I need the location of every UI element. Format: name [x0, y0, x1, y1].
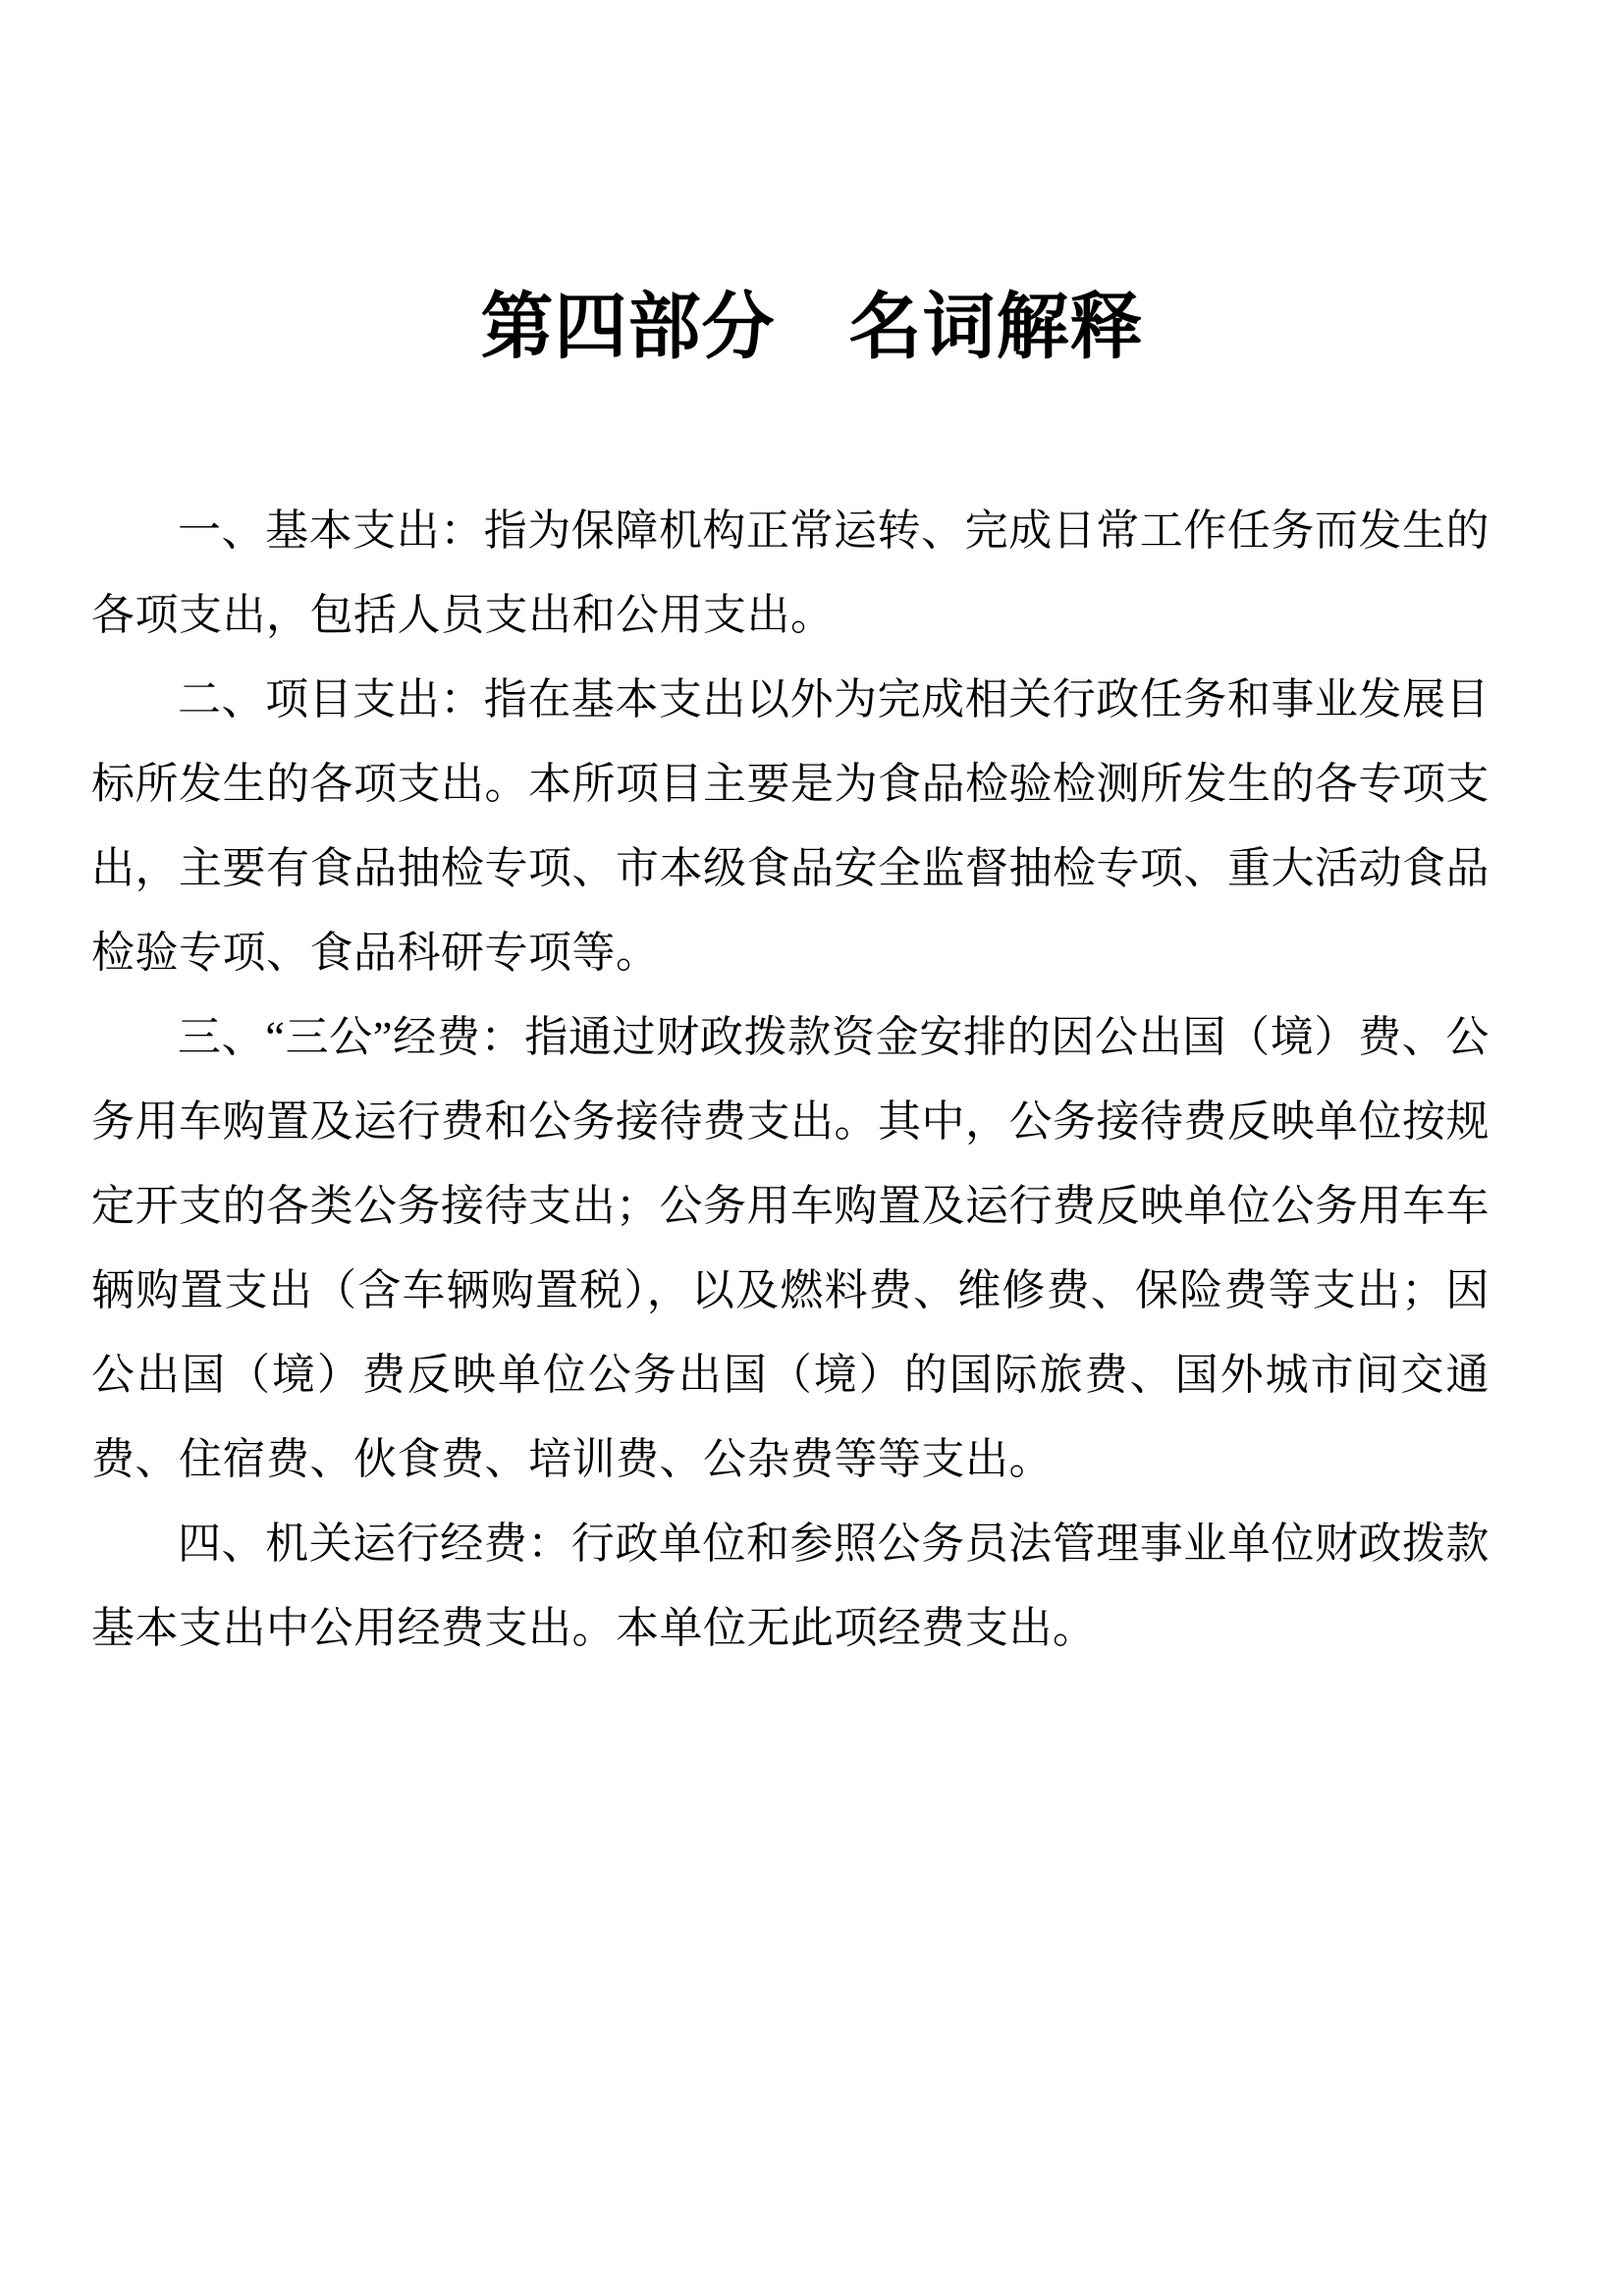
document-body: 一、基本支出：指为保障机构正常运转、完成日常工作任务而发生的各项支出，包括人员支… [91, 489, 1489, 1671]
paragraph-three-public-funds: 三、“三公”经费：指通过财政拨款资金安排的因公出国（境）费、公务用车购置及运行费… [91, 995, 1489, 1502]
paragraph-project-expenditure: 二、项目支出：指在基本支出以外为完成相关行政任务和事业发展目标所发生的各项支出。… [91, 658, 1489, 995]
paragraph-agency-operating-funds: 四、机关运行经费：行政单位和参照公务员法管理事业单位财政拨款基本支出中公用经费支… [91, 1502, 1489, 1671]
document-page: 第四部分 名词解释 一、基本支出：指为保障机构正常运转、完成日常工作任务而发生的… [0, 0, 1624, 2296]
paragraph-basic-expenditure: 一、基本支出：指为保障机构正常运转、完成日常工作任务而发生的各项支出，包括人员支… [91, 489, 1489, 658]
page-title: 第四部分 名词解释 [0, 289, 1624, 368]
